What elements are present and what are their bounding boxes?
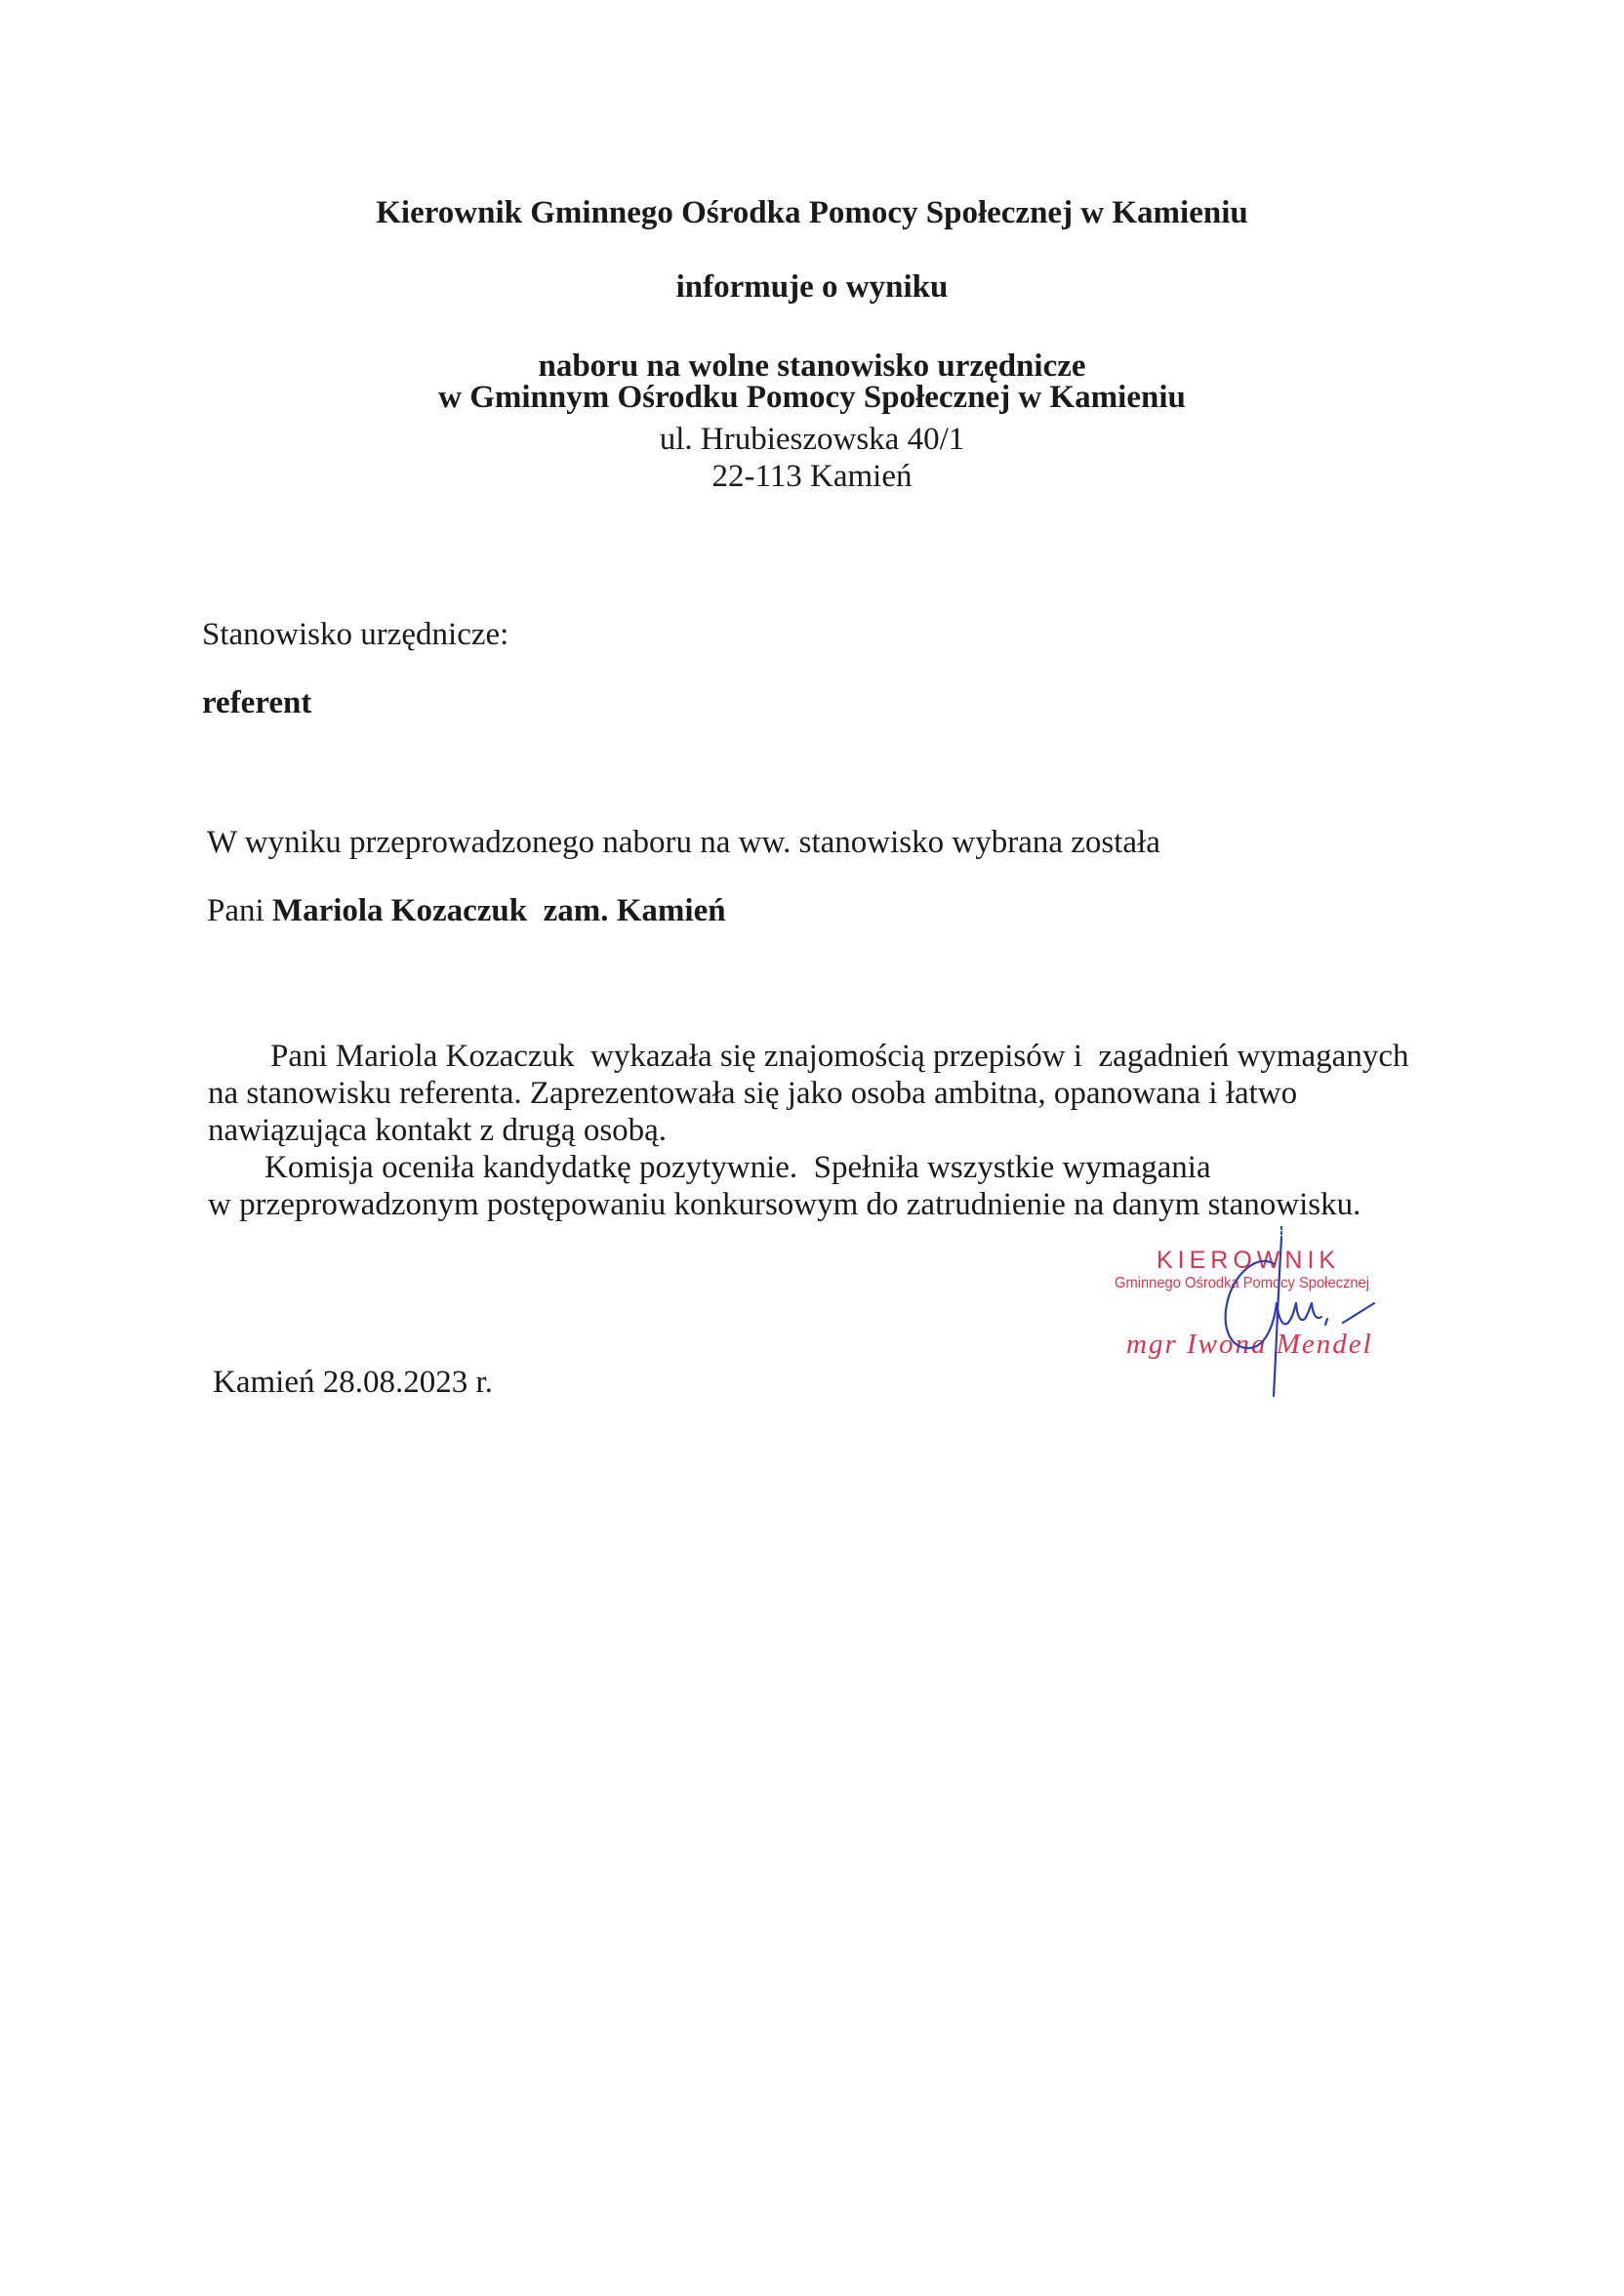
candidate-title: Pani [207, 893, 272, 928]
address-city: 22-113 Kamień [0, 461, 1624, 493]
selected-candidate: Pani Mariola Kozaczuk zam. Kamień [207, 895, 726, 927]
justification-line: w przeprowadzonym postępowaniu konkursow… [208, 1186, 1438, 1223]
justification-line: nawiązująca kontakt z drugą osobą. [208, 1112, 1438, 1149]
heading-informs: informuje o wyniku [0, 271, 1624, 304]
candidate-name: Mariola Kozaczuk [272, 893, 527, 928]
candidate-residence: zam. Kamień [527, 893, 725, 928]
position-label: Stanowisko urzędnicze: [202, 619, 508, 651]
date-line: Kamień 28.08.2023 r. [213, 1367, 493, 1399]
justification-line: Pani Mariola Kozaczuk wykazała się znajo… [208, 1038, 1438, 1075]
result-intro: W wyniku przeprowadzonego naboru na ww. … [207, 827, 1160, 859]
justification-line: Komisja oceniła kandydatkę pozytywnie. S… [208, 1149, 1438, 1186]
position-value: referent [202, 687, 311, 719]
heading-recruitment: naboru na wolne stanowisko urzędnicze [0, 350, 1624, 383]
justification-paragraph: Pani Mariola Kozaczuk wykazała się znajo… [208, 1038, 1438, 1223]
heading-issuer: Kierownik Gminnego Ośrodka Pomocy Społec… [0, 197, 1624, 229]
justification-line: na stanowisku referenta. Zaprezentowała … [208, 1075, 1438, 1112]
heading-institution: w Gminnym Ośrodku Pomocy Społecznej w Ka… [0, 382, 1624, 414]
document-page: Kierownik Gminnego Ośrodka Pomocy Społec… [0, 0, 1624, 2296]
handwritten-signature-icon [1103, 1225, 1435, 1420]
official-stamp: KIEROWNIK Gminnego Ośrodka Pomocy Społec… [1103, 1225, 1435, 1420]
address-street: ul. Hrubieszowska 40/1 [0, 424, 1624, 456]
